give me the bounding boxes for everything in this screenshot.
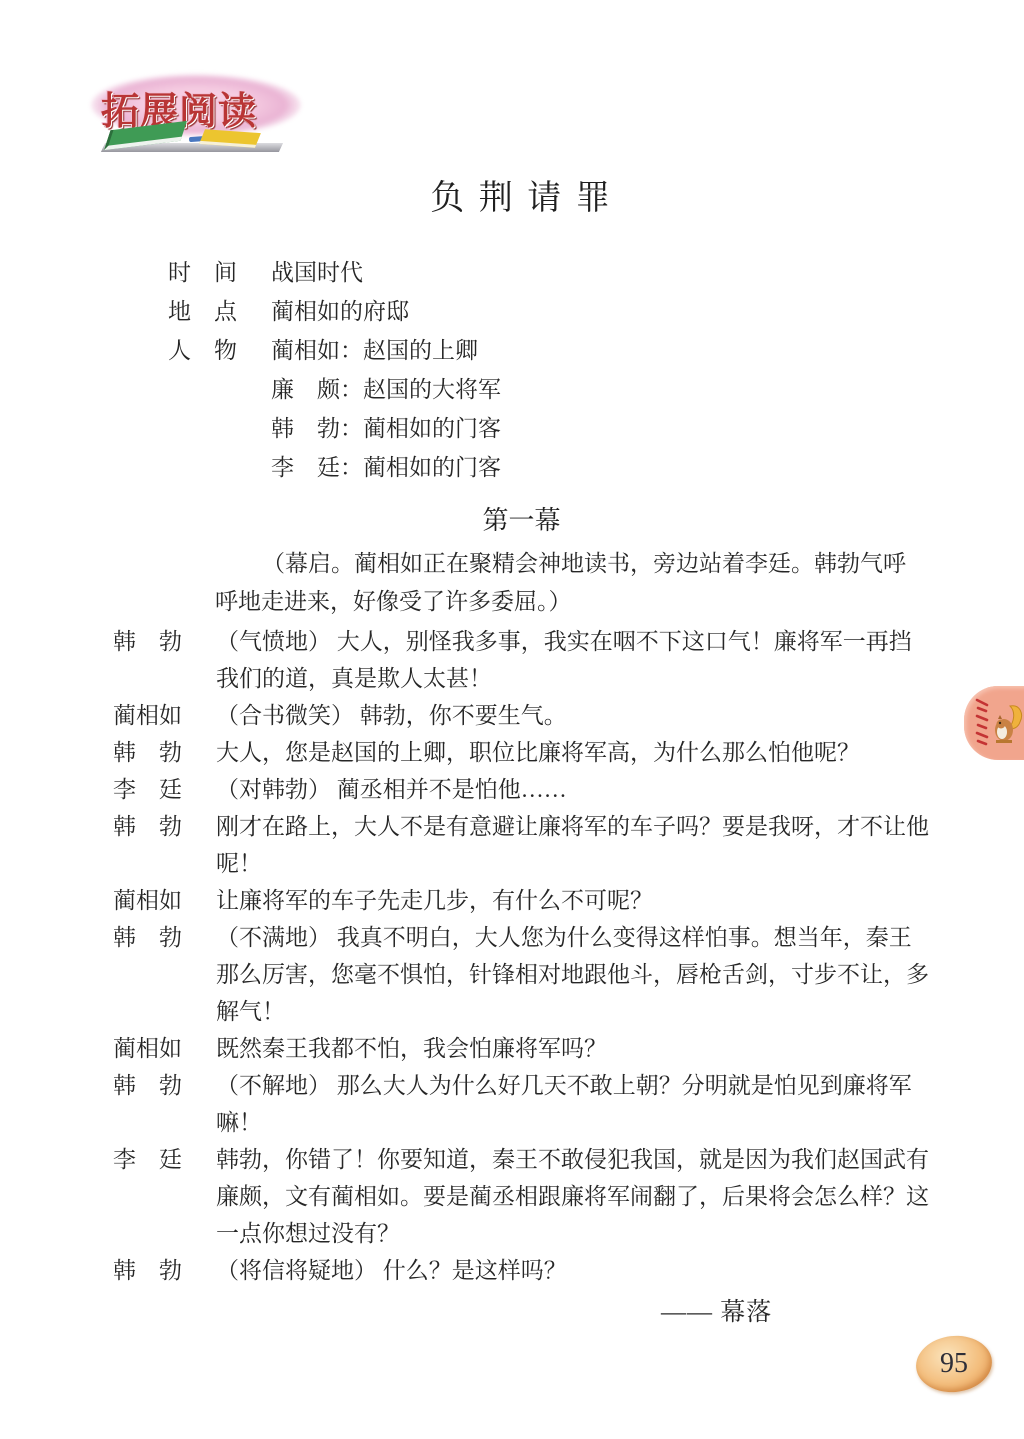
- chapter-side-tab: [964, 686, 1024, 760]
- dialogue-text: （对韩勃） 蔺丞相并不是怕他……: [216, 771, 930, 808]
- meta-row-character: 韩 勃：蔺相如的门客: [168, 409, 930, 448]
- speaker-name: 蔺相如: [113, 697, 183, 734]
- speaker-name: 韩 勃: [113, 1252, 183, 1289]
- meta-row-character: 李 廷：蔺相如的门客: [168, 448, 930, 487]
- meta-label: [168, 409, 238, 448]
- dialogue-text: （不满地） 我真不明白，大人您为什么变得这样怕事。想当年，秦王那么厉害，您毫不惧…: [216, 919, 930, 1030]
- extended-reading-badge: 拓展阅读: [95, 74, 300, 154]
- dialogue-row: 韩 勃 （不满地） 我真不明白，大人您为什么变得这样怕事。想当年，秦王那么厉害，…: [113, 919, 930, 1030]
- play-title: 负 荆 请 罪: [113, 170, 930, 219]
- dialogue-row: 李 廷 （对韩勃） 蔺丞相并不是怕他……: [113, 771, 930, 808]
- speaker-name: 韩 勃: [113, 1067, 183, 1141]
- speaker-name: 韩 勃: [113, 919, 183, 1030]
- meta-value: 战国时代: [271, 253, 363, 292]
- speaker-name: 蔺相如: [113, 882, 183, 919]
- dialogue-text: （合书微笑） 韩勃，你不要生气。: [216, 697, 930, 734]
- dialogue-row: 蔺相如 既然秦王我都不怕，我会怕廉将军吗？: [113, 1030, 930, 1067]
- page-content: 负 荆 请 罪 时 间 战国时代 地 点 蔺相如的府邸 人 物 蔺相如：赵国的上…: [0, 0, 1024, 1328]
- dialogue-text: （将信将疑地） 什么？是这样吗？: [216, 1252, 930, 1289]
- speaker-name: 韩 勃: [113, 734, 183, 771]
- page-number-badge: 95: [913, 1332, 994, 1396]
- meta-row-time: 时 间 战国时代: [168, 253, 930, 292]
- meta-label: 人 物: [168, 331, 238, 370]
- dialogue-block: 韩 勃 （气愤地） 大人，别怪我多事，我实在咽不下这口气！廉将军一再挡我们的道，…: [113, 623, 930, 1289]
- meta-row-character: 廉 颇：赵国的大将军: [168, 370, 930, 409]
- meta-value: 韩 勃：蔺相如的门客: [271, 409, 501, 448]
- meta-label: [168, 370, 238, 409]
- speaker-name: 李 廷: [113, 771, 183, 808]
- dialogue-row: 韩 勃 大人，您是赵国的上卿，职位比廉将军高，为什么那么怕他呢？: [113, 734, 930, 771]
- dialogue-row: 韩 勃 （气愤地） 大人，别怪我多事，我实在咽不下这口气！廉将军一再挡我们的道，…: [113, 623, 930, 697]
- meta-label: [168, 448, 238, 487]
- dialogue-text: 让廉将军的车子先走几步，有什么不可呢？: [216, 882, 930, 919]
- act-heading: 第一幕: [113, 500, 930, 537]
- dialogue-row: 蔺相如 （合书微笑） 韩勃，你不要生气。: [113, 697, 930, 734]
- speaker-name: 韩 勃: [113, 623, 183, 697]
- books-illustration: [101, 122, 286, 154]
- speaker-name: 韩 勃: [113, 808, 183, 882]
- dialogue-row: 蔺相如 让廉将军的车子先走几步，有什么不可呢？: [113, 882, 930, 919]
- red-vertical-text-decoration: [974, 696, 990, 748]
- dialogue-text: 刚才在路上，大人不是有意避让廉将军的车子吗？要是我呀，才不让他呢！: [216, 808, 930, 882]
- dialogue-row: 韩 勃 （将信将疑地） 什么？是这样吗？: [113, 1252, 930, 1289]
- speaker-name: 蔺相如: [113, 1030, 183, 1067]
- stage-direction: （幕启。蔺相如正在聚精会神地读书，旁边站着李廷。韩勃气呼呼地走进来，好像受了许多…: [215, 545, 911, 621]
- play-metadata: 时 间 战国时代 地 点 蔺相如的府邸 人 物 蔺相如：赵国的上卿 廉 颇：赵国…: [168, 253, 930, 487]
- meta-row-place: 地 点 蔺相如的府邸: [168, 292, 930, 331]
- meta-label: 时 间: [168, 253, 238, 292]
- speaker-name: 李 廷: [113, 1141, 183, 1252]
- dialogue-text: 韩勃，你错了！你要知道，秦王不敢侵犯我国，就是因为我们赵国武有廉颇，文有蔺相如。…: [216, 1141, 930, 1252]
- dialogue-text: 既然秦王我都不怕，我会怕廉将军吗？: [216, 1030, 930, 1067]
- meta-row-characters: 人 物 蔺相如：赵国的上卿: [168, 331, 930, 370]
- dialogue-row: 李 廷 韩勃，你错了！你要知道，秦王不敢侵犯我国，就是因为我们赵国武有廉颇，文有…: [113, 1141, 930, 1252]
- dialogue-text: （不解地） 那么大人为什么好几天不敢上朝？分明就是怕见到廉将军嘛！: [216, 1067, 930, 1141]
- squirrel-icon: [990, 702, 1024, 746]
- meta-value: 廉 颇：赵国的大将军: [271, 370, 501, 409]
- meta-value: 蔺相如：赵国的上卿: [271, 331, 478, 370]
- dialogue-text: 大人，您是赵国的上卿，职位比廉将军高，为什么那么怕他呢？: [216, 734, 930, 771]
- dialogue-row: 韩 勃 刚才在路上，大人不是有意避让廉将军的车子吗？要是我呀，才不让他呢！: [113, 808, 930, 882]
- meta-value: 蔺相如的府邸: [271, 292, 409, 331]
- page-number: 95: [940, 1348, 968, 1380]
- curtain-falls-marker: —— 幕落: [661, 1292, 930, 1328]
- dialogue-text: （气愤地） 大人，别怪我多事，我实在咽不下这口气！廉将军一再挡我们的道，真是欺人…: [216, 623, 930, 697]
- dialogue-row: 韩 勃 （不解地） 那么大人为什么好几天不敢上朝？分明就是怕见到廉将军嘛！: [113, 1067, 930, 1141]
- meta-label: 地 点: [168, 292, 238, 331]
- meta-value: 李 廷：蔺相如的门客: [271, 448, 501, 487]
